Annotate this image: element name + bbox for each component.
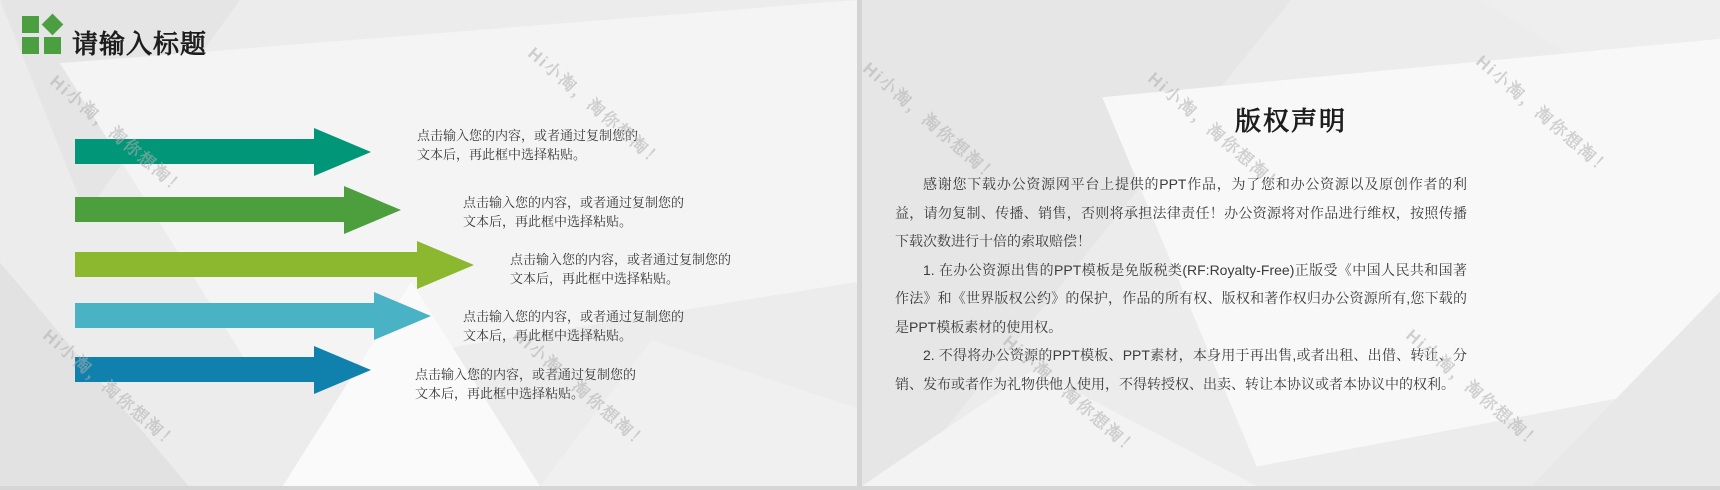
caption-line: 点击输入您的内容，或者通过复制您的 [510,250,731,269]
arrow-4-caption: 点击输入您的内容，或者通过复制您的 文本后，再此框中选择粘贴。 [463,307,684,345]
caption-line: 点击输入您的内容，或者通过复制您的 [415,365,636,384]
logo-square-icon [22,16,39,33]
logo-diamond-icon [42,14,64,36]
caption-line: 文本后，再此框中选择粘贴。 [463,326,684,345]
arrow-head-icon [314,346,371,394]
caption-line: 文本后，再此框中选择粘贴。 [463,212,684,231]
arrow-head-icon [314,128,371,176]
arrow-head-icon [344,186,401,234]
arrow-2-caption: 点击输入您的内容，或者通过复制您的 文本后，再此框中选择粘贴。 [463,193,684,231]
logo-square-icon [44,37,61,54]
caption-line: 点击输入您的内容，或者通过复制您的 [463,307,684,326]
slide-divider [857,0,862,490]
arrow-3-caption: 点击输入您的内容，或者通过复制您的 文本后，再此框中选择粘贴。 [510,250,731,288]
bottom-border [0,486,1720,490]
arrow-head-icon [417,241,474,289]
copyright-paragraph: 2. 不得将办公资源的PPT模板、PPT素材，本身用于再出售,或者出租、出借、转… [895,341,1467,398]
slide-deck-preview: 请输入标题 点击输入您的内容，或者通过复制您的 文本后，再此框中选择粘贴。 点击… [0,0,1720,490]
arrow-shaft [75,197,344,222]
copyright-paragraph: 感谢您下载办公资源网平台上提供的PPT作品，为了您和办公资源以及原创作者的利益，… [895,170,1467,256]
caption-line: 文本后，再此框中选择粘贴。 [510,269,731,288]
arrow-shaft [75,252,417,277]
caption-line: 点击输入您的内容，或者通过复制您的 [463,193,684,212]
arrow-head-icon [374,292,431,340]
copyright-paragraph: 1. 在办公资源出售的PPT模板是免版税类(RF:Royalty-Free)正版… [895,256,1467,342]
right-slide: 版权声明 感谢您下载办公资源网平台上提供的PPT作品，为了您和办公资源以及原创作… [862,0,1720,486]
arrow-1-caption: 点击输入您的内容，或者通过复制您的 文本后，再此框中选择粘贴。 [417,126,638,164]
copyright-body: 感谢您下载办公资源网平台上提供的PPT作品，为了您和办公资源以及原创作者的利益，… [895,170,1467,398]
green-squares-logo [22,16,62,56]
logo-square-icon [22,37,39,54]
arrow-shaft [75,303,374,328]
copyright-title: 版权声明 [862,101,1720,138]
caption-line: 文本后，再此框中选择粘贴。 [417,145,638,164]
left-slide-title: 请输入标题 [72,24,207,61]
